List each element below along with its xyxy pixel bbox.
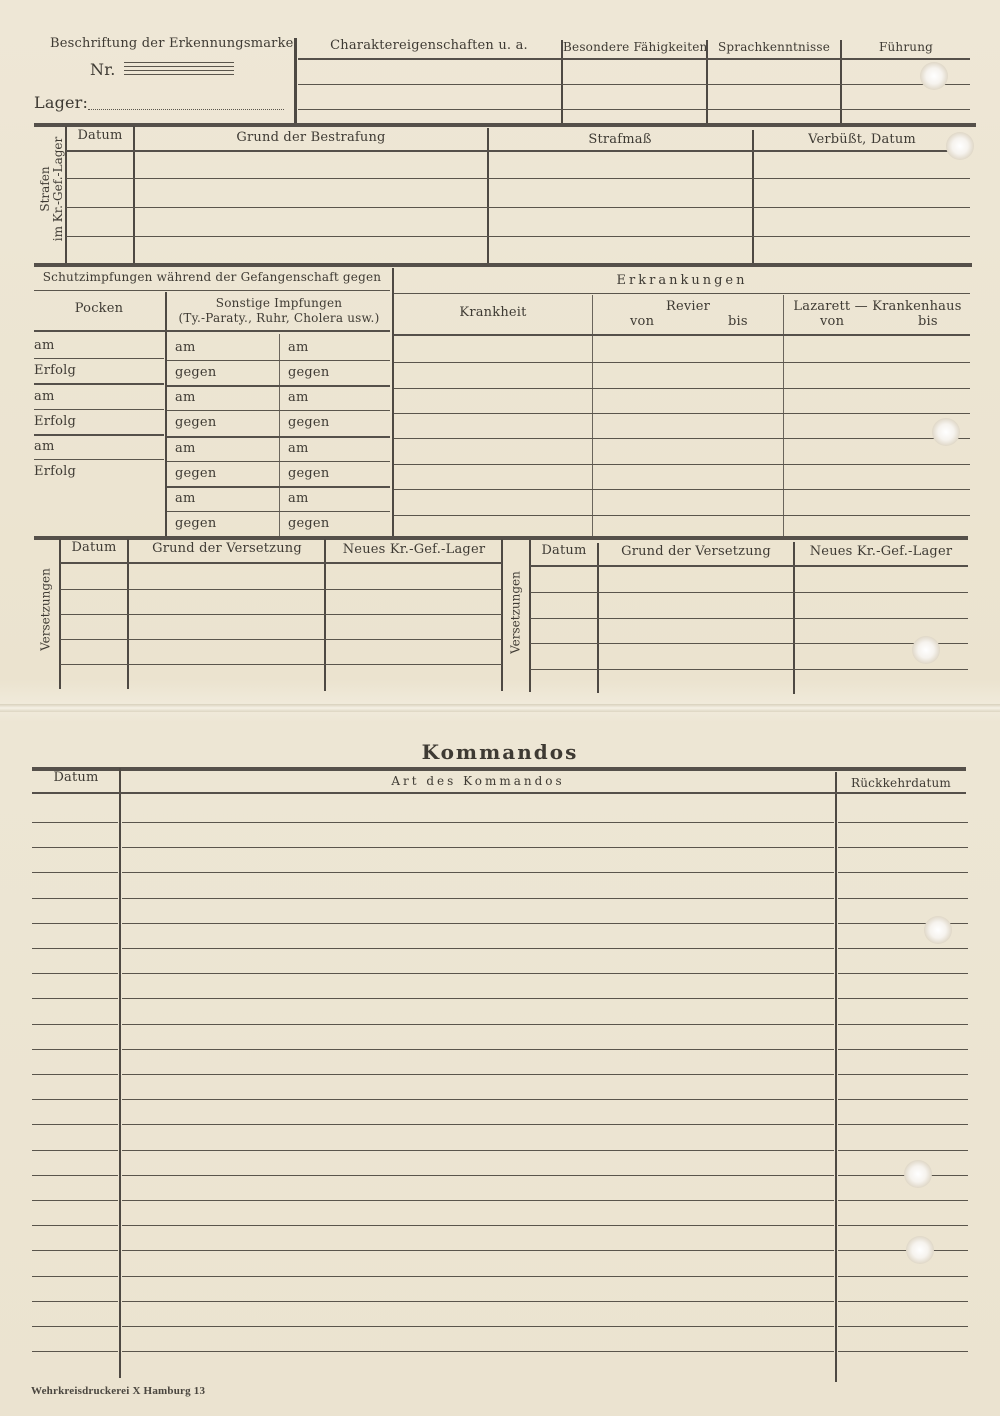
- kommandos-title: Kommandos: [0, 740, 1000, 764]
- pocken-field-1[interactable]: [60, 334, 160, 358]
- lager-label: Lager:: [34, 93, 88, 112]
- punch-hole: [912, 636, 940, 664]
- versetzungen-right-col-datum: Datum: [531, 543, 597, 558]
- header-col-charakter: Charaktereigenschaften u. a.: [300, 38, 558, 53]
- pocken-field-3[interactable]: [60, 385, 160, 409]
- pocken-row-label: am: [34, 439, 54, 454]
- kommandos-col-datum: Datum: [32, 770, 120, 785]
- punch-hole: [904, 1160, 932, 1188]
- revier-von: von: [630, 314, 654, 329]
- pocken-row-label: am: [34, 338, 54, 353]
- header-col-faehigkeiten: Besondere Fähigkeiten: [563, 40, 705, 54]
- strafen-row-4[interactable]: [66, 237, 970, 263]
- erkrankungen-field-grid[interactable]: [394, 336, 970, 538]
- strafen-col-datum: Datum: [67, 128, 133, 143]
- punch-hole: [932, 418, 960, 446]
- versetzungen-right-side-label: Versetzungen: [510, 553, 523, 673]
- versetzungen-right-col-lager: Neues Kr.-Gef.-Lager: [795, 544, 967, 559]
- form-page: Beschriftung der Erkennungsmarke Nr. Lag…: [0, 0, 1000, 1416]
- pocken-field-5[interactable]: [60, 436, 160, 460]
- section-rule: [34, 263, 972, 267]
- versetzungen-right-col-grund: Grund der Versetzung: [599, 544, 793, 559]
- versetzungen-right-field-grid[interactable]: [531, 567, 968, 692]
- impfungen-title: Schutzimpfungen während der Gefangenscha…: [34, 270, 390, 284]
- rule: [34, 330, 390, 332]
- impfungen-col-sonstige-2: (Ty.-Paraty., Ruhr, Cholera usw.): [167, 311, 391, 325]
- rule: [298, 109, 970, 110]
- nr-field[interactable]: [124, 62, 234, 78]
- rule: [394, 293, 970, 294]
- section-rule: [32, 767, 966, 771]
- pocken-row-label: am: [34, 389, 54, 404]
- strafen-row-3[interactable]: [66, 208, 970, 236]
- header-input-row-1[interactable]: [298, 60, 970, 84]
- versetzungen-left-col-datum: Datum: [61, 540, 127, 555]
- versetzungen-left-col-lager: Neues Kr.-Gef.-Lager: [326, 542, 502, 557]
- nr-label: Nr.: [90, 60, 116, 79]
- lazarett-bis: bis: [918, 314, 938, 329]
- strafen-row-1[interactable]: [66, 152, 970, 178]
- strafen-side-label: Strafen im Kr.-Gef.-Lager: [39, 129, 65, 249]
- rule: [32, 792, 966, 794]
- lager-field[interactable]: [88, 109, 284, 110]
- pocken-field-6[interactable]: [80, 460, 160, 484]
- erkrankungen-col-krankheit: Krankheit: [394, 305, 592, 320]
- strafen-side-label-2: im Kr.-Gef.-Lager: [52, 129, 65, 249]
- header-col-sprachen: Sprachkenntnisse: [708, 40, 840, 54]
- punch-hole: [920, 62, 948, 90]
- paper-fold: [0, 704, 1000, 712]
- kommandos-field-grid[interactable]: [32, 795, 966, 1355]
- pocken-row-label: Erfolg: [34, 414, 76, 429]
- pocken-field-2[interactable]: [80, 359, 160, 383]
- versetzungen-left-field-grid[interactable]: [61, 564, 501, 689]
- impfungen-col-sonstige-1: Sonstige Impfungen: [167, 296, 391, 310]
- strafen-col-grund: Grund der Bestrafung: [135, 130, 487, 145]
- sonstige-field-grid[interactable]: [167, 334, 390, 536]
- pocken-row-label: Erfolg: [34, 464, 76, 479]
- versetzungen-left-col-grund: Grund der Versetzung: [129, 541, 325, 556]
- erkrankungen-title: Erkrankungen: [394, 273, 970, 288]
- punch-hole: [924, 916, 952, 944]
- versetzungen-left-side-label: Versetzungen: [40, 550, 53, 670]
- rule: [34, 290, 390, 291]
- erkrankungen-col-lazarett: Lazarett — Krankenhaus: [785, 299, 970, 314]
- printer-imprint: Wehrkreisdruckerei X Hamburg 13: [31, 1385, 205, 1397]
- tag-label: Beschriftung der Erkennungsmarke: [50, 36, 294, 51]
- kommandos-col-rueckkehr: Rückkehrdatum: [837, 776, 965, 790]
- strafen-row-2[interactable]: [66, 179, 970, 207]
- header-col-fuehrung: Führung: [842, 40, 970, 54]
- kommandos-col-art: Art des Kommandos: [121, 774, 835, 788]
- strafen-col-strafmass: Strafmaß: [489, 132, 751, 147]
- header-divider: [294, 38, 297, 124]
- pocken-field-4[interactable]: [80, 410, 160, 434]
- impfungen-col-pocken: Pocken: [34, 301, 164, 316]
- header-input-row-2[interactable]: [298, 85, 970, 109]
- lazarett-von: von: [820, 314, 844, 329]
- punch-hole: [906, 1236, 934, 1264]
- section-rule: [34, 123, 976, 127]
- erkrankungen-col-revier: Revier: [594, 299, 782, 314]
- pocken-row-label: Erfolg: [34, 363, 76, 378]
- punch-hole: [946, 132, 974, 160]
- strafen-col-verbuesst: Verbüßt, Datum: [754, 132, 970, 147]
- revier-bis: bis: [728, 314, 748, 329]
